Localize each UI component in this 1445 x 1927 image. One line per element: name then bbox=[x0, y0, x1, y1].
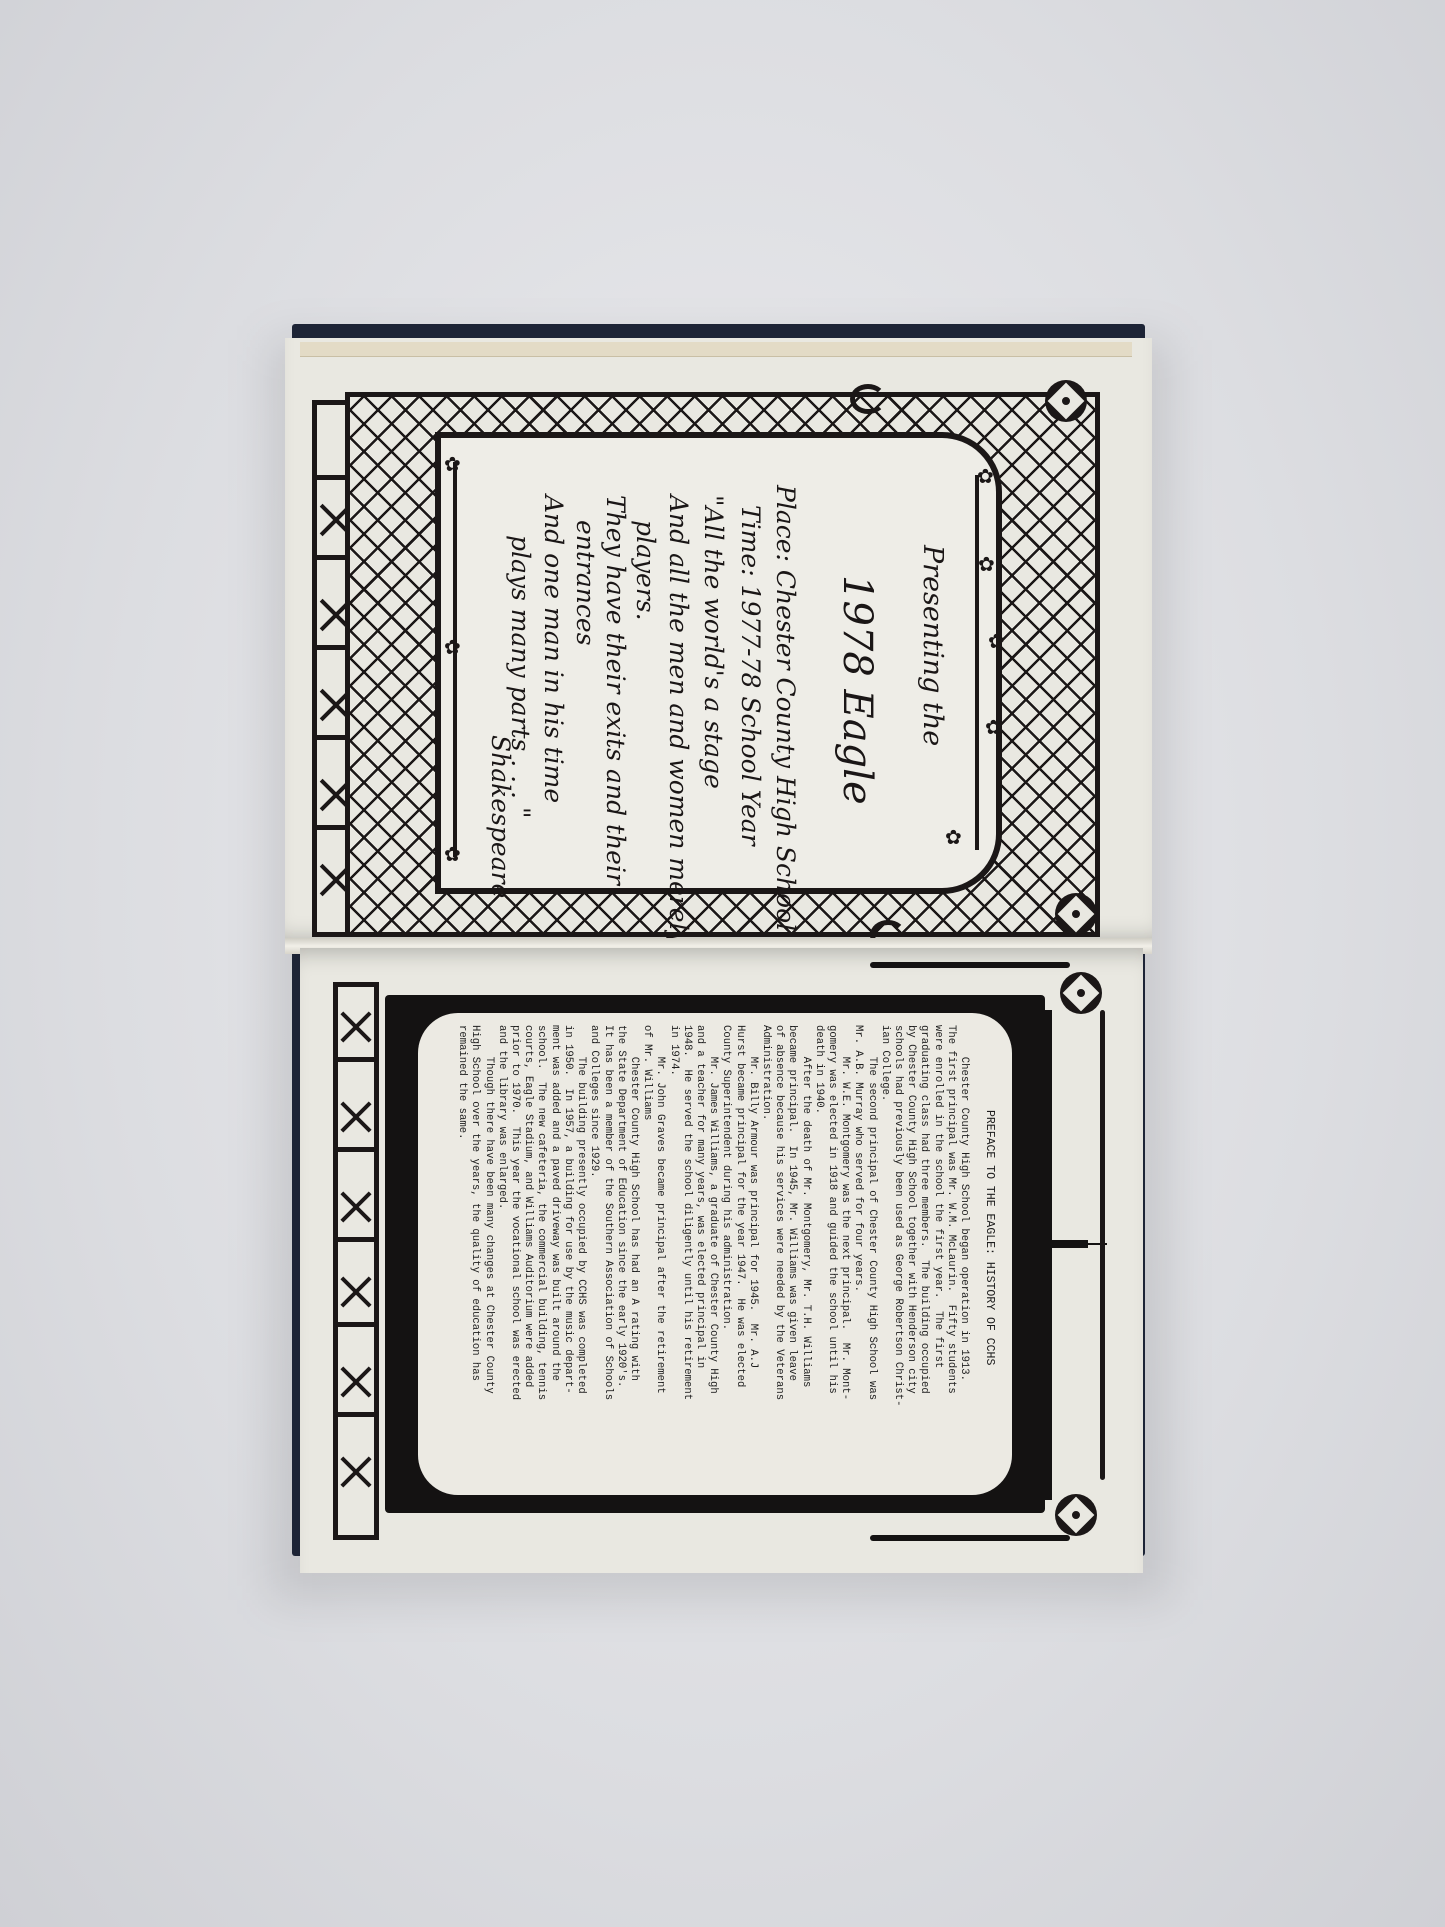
history-line: After the death of Mr. Montgomery, Mr. T… bbox=[798, 1025, 811, 1406]
history-line: The building presently occupied by CCHS … bbox=[574, 1025, 587, 1406]
history-line: school. The new cafeteria, the commercia… bbox=[534, 1025, 547, 1406]
history-line: Mr. James Williams, a graduate of Cheste… bbox=[706, 1025, 719, 1406]
history-line: and the library was enlarged. bbox=[495, 1025, 508, 1406]
history-line: Chester County High School began operati… bbox=[957, 1025, 970, 1406]
history-title: PREFACE TO THE EAGLE: HISTORY OF CCHS bbox=[983, 1110, 996, 1365]
history-line: in 1974. bbox=[666, 1025, 679, 1406]
history-line: remained the same. bbox=[455, 1025, 468, 1406]
rosette-ornament-icon bbox=[1045, 380, 1087, 422]
history-line: County Superintendent during his adminis… bbox=[719, 1025, 732, 1406]
flower-icon: ✿ bbox=[985, 718, 1002, 738]
history-line: became principal. In 1945, Mr. Williams … bbox=[785, 1025, 798, 1406]
history-line: Administration. bbox=[759, 1025, 772, 1406]
history-line: were enrolled in the school the first ye… bbox=[930, 1025, 943, 1406]
time-line: Time: 1977-78 School Year bbox=[736, 505, 765, 846]
history-body: Chester County High School began operati… bbox=[455, 1025, 970, 1406]
history-line: Mr. John Graves became principal after t… bbox=[653, 1025, 666, 1406]
flower-icon: ✿ bbox=[977, 467, 994, 487]
rosette-ornament-icon bbox=[1055, 893, 1097, 935]
history-line: Mr. Billy Armour was principal for 1945.… bbox=[746, 1025, 759, 1406]
flower-icon: ✿ bbox=[945, 828, 962, 848]
heading-1978-eagle: 1978 Eagle bbox=[834, 575, 880, 805]
history-line: gomery was elected in 1918 and guided th… bbox=[825, 1025, 838, 1406]
rosette-ornament-icon bbox=[1060, 972, 1102, 1014]
ladder-border-bottom bbox=[333, 982, 379, 1540]
rosette-ornament-icon bbox=[1055, 1494, 1097, 1536]
history-line: by Chester County High School together w… bbox=[904, 1025, 917, 1406]
history-line: death in 1940. bbox=[812, 1025, 825, 1406]
flower-icon: ✿ bbox=[988, 632, 1005, 652]
history-line: Though there have been many changes at C… bbox=[481, 1025, 494, 1406]
vine-left bbox=[453, 462, 457, 857]
quote-line-6: And one man in his time bbox=[539, 495, 568, 803]
history-line: Mr. A.B. Murray who served for four year… bbox=[851, 1025, 864, 1406]
flower-icon: ✿ bbox=[978, 555, 995, 575]
history-line: The first principal was Mr. W.M. McLauri… bbox=[944, 1025, 957, 1406]
history-line: 1948. He served the school diligently un… bbox=[680, 1025, 693, 1406]
history-line: Chester County High School has had an A … bbox=[627, 1025, 640, 1406]
history-line: It has been a member of the Southern Ass… bbox=[600, 1025, 613, 1406]
history-line: The second principal of Chester County H… bbox=[864, 1025, 877, 1406]
quote-attribution: Shakespeare bbox=[486, 735, 515, 898]
history-line: in 1950. In 1957, a building for use by … bbox=[561, 1025, 574, 1406]
history-line: and a teacher for many years, was electe… bbox=[693, 1025, 706, 1406]
page-edge bbox=[300, 342, 1132, 357]
building-spire bbox=[1050, 1240, 1088, 1248]
history-line: prior to 1970. This year the vocational … bbox=[508, 1025, 521, 1406]
history-line: ment was added and a paved driveway was … bbox=[548, 1025, 561, 1406]
swirl-ornament bbox=[850, 384, 886, 414]
history-line: and Colleges since 1929. bbox=[587, 1025, 600, 1406]
scroll-bottom bbox=[870, 1535, 1070, 1541]
history-line: ian College. bbox=[878, 1025, 891, 1406]
quote-line-1: "All the world's a stage bbox=[699, 495, 728, 789]
quote-line-2: And all the men and women merely bbox=[664, 495, 693, 945]
history-line: of Mr. Williams bbox=[640, 1025, 653, 1406]
flower-icon: ✿ bbox=[444, 638, 461, 658]
building-silhouette bbox=[1030, 1010, 1052, 1500]
scroll-ornament bbox=[1100, 1010, 1105, 1480]
flower-icon: ✿ bbox=[444, 455, 461, 475]
heading-presenting: Presenting the bbox=[917, 545, 948, 746]
quote-line-3: players. bbox=[631, 520, 660, 621]
history-line: courts, Eagle Stadium, and Williams Audi… bbox=[521, 1025, 534, 1406]
history-line: graduating class had three members. The … bbox=[917, 1025, 930, 1406]
quote-line-5: entrances bbox=[571, 520, 600, 646]
history-line: Mr. W.E. Montgomery was the next princip… bbox=[838, 1025, 851, 1406]
flower-icon: ✿ bbox=[444, 845, 461, 865]
history-line: High School over the years, the quality … bbox=[468, 1025, 481, 1406]
history-line: of absence because his services were nee… bbox=[772, 1025, 785, 1406]
history-line: Hurst became principal for the year 1947… bbox=[732, 1025, 745, 1406]
vine-right bbox=[975, 475, 979, 850]
history-line: schools had previously been used as Geor… bbox=[891, 1025, 904, 1406]
history-line: the State Department of Education since … bbox=[614, 1025, 627, 1406]
scroll-top bbox=[870, 962, 1070, 968]
quote-line-4: They have their exits and their bbox=[601, 495, 630, 885]
place-line: Place: Chester County High School bbox=[771, 485, 800, 931]
